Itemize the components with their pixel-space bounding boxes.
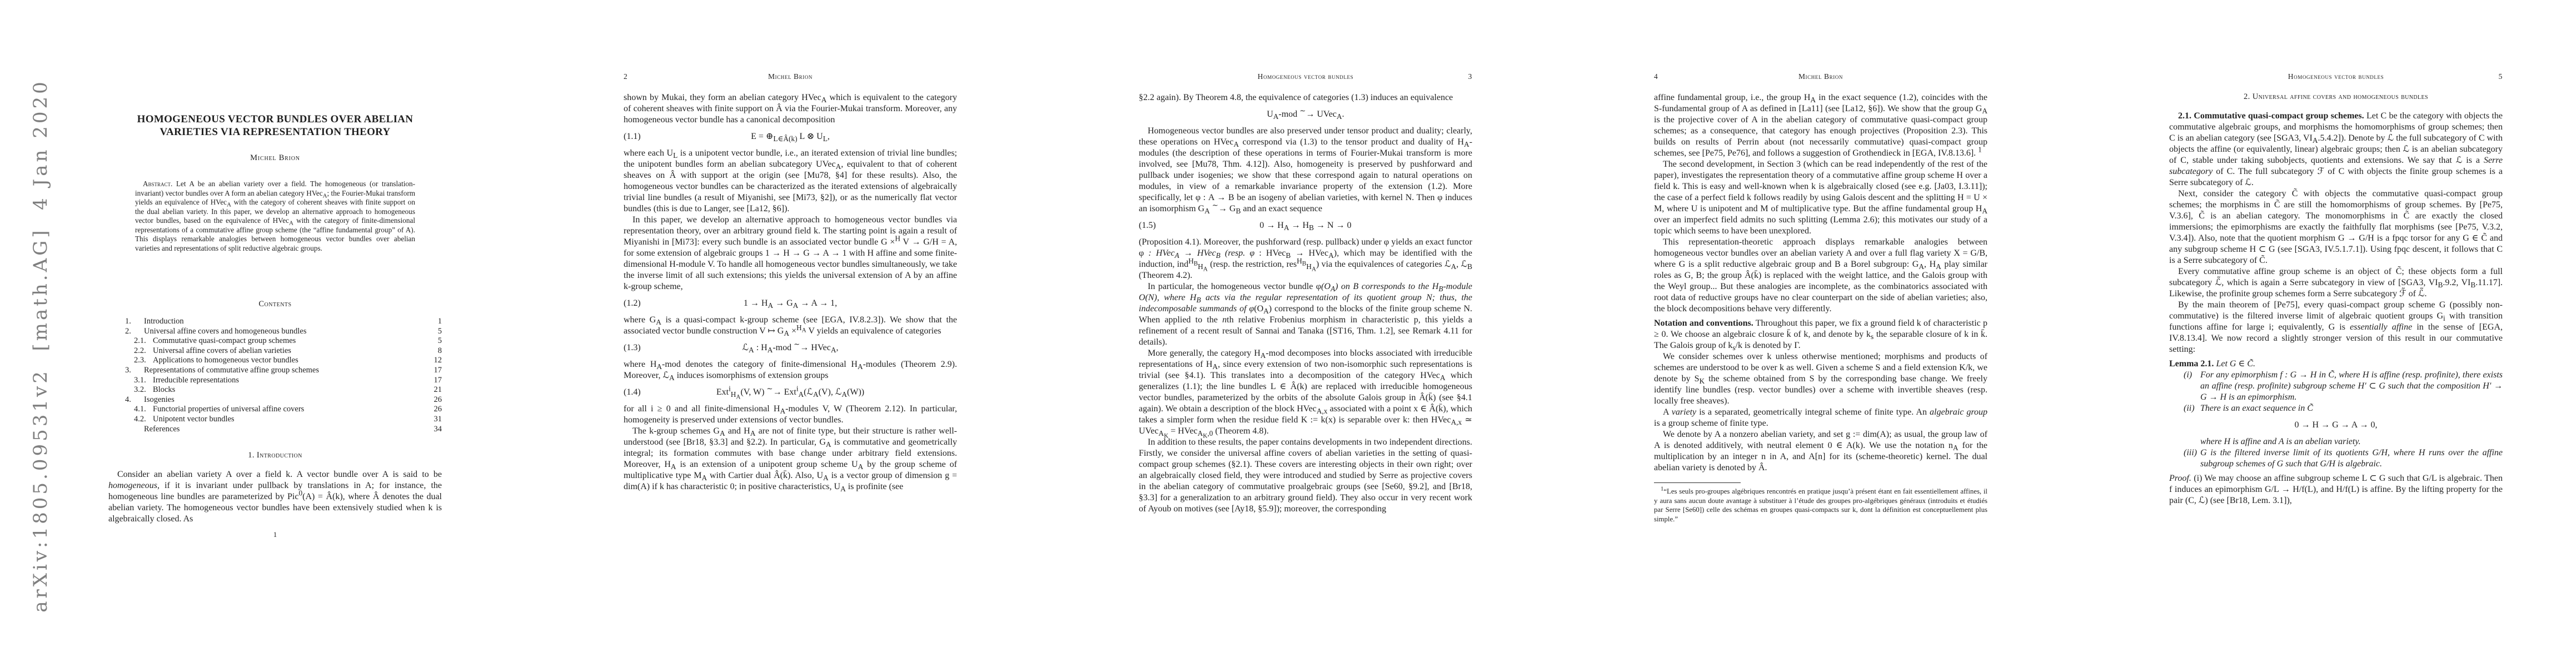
paragraph: We denote by A a nonzero abelian variety…	[1654, 429, 1987, 474]
toc-num: 3.2.	[134, 385, 146, 395]
toc-row: 2.3.Applications to homogeneous vector b…	[108, 356, 442, 366]
paragraph: The k-group schemes GA and HA are not of…	[624, 426, 957, 492]
page-header: Homogeneous vector bundles 3	[1139, 72, 1472, 81]
paragraph: This representation-theoretic approach d…	[1654, 237, 1987, 315]
toc-row: 4.2.Unipotent vector bundles31	[108, 415, 442, 425]
toc-row: References34	[108, 425, 442, 435]
intro-paragraph: Consider an abelian variety A over a fie…	[108, 469, 442, 525]
page-number-left: 2	[624, 72, 627, 81]
paragraph: We consider schemes over k unless otherw…	[1654, 351, 1987, 407]
paragraph: §2.2 again). By Theorem 4.8, the equival…	[1139, 92, 1472, 103]
list-item: (ii)There is an exact sequence in C̃	[2169, 403, 2503, 414]
toc-page: 12	[430, 356, 442, 366]
toc-row: 3.1.Irreducible representations17	[108, 376, 442, 386]
page-header: 2 Michel Brion	[624, 72, 957, 81]
toc-page: 26	[430, 395, 442, 405]
paragraph: In addition to these results, the paper …	[1139, 437, 1472, 515]
running-title: Homogeneous vector bundles	[1258, 72, 1353, 81]
paragraph: Every commutative affine group scheme is…	[2169, 266, 2503, 300]
running-title: Michel Brion	[1798, 72, 1843, 81]
equation-body: ℒA : HA-mod ∼→ HVecA,	[624, 342, 957, 354]
paragraph: affine fundamental group, i.e., the grou…	[1654, 92, 1987, 159]
toc-page: 5	[434, 327, 442, 337]
toc-page: 34	[430, 425, 442, 435]
equation-body: ExtiHA(V, W) ∼→ ExtiA(ℒA(V), ℒA(W))	[624, 387, 957, 398]
toc-page: 17	[430, 366, 442, 376]
page-4-column: 4 Michel Brion affine fundamental group,…	[1654, 72, 1987, 524]
equation-number: (1.1)	[624, 131, 641, 142]
item-text: where H is affine and A is an abelian va…	[2200, 437, 2361, 446]
toc-num: 3.1.	[134, 376, 146, 386]
page-number: 1	[108, 530, 442, 539]
toc-title: References	[144, 425, 180, 435]
equation-body: UA-mod ∼→ UVecA.	[1139, 109, 1472, 120]
toc-num: 2.	[125, 327, 131, 337]
paragraph: By the main theorem of [Pe75], every qua…	[2169, 300, 2503, 355]
proof-label: Proof.	[2169, 474, 2191, 483]
contents-heading: Contents	[108, 300, 442, 309]
running-title: Michel Brion	[768, 72, 813, 81]
proof: Proof. (i) We may choose an affine subgr…	[2169, 473, 2503, 506]
toc-num: 3.	[125, 366, 131, 376]
abstract-label: Abstract.	[143, 180, 172, 188]
list-item: where H is affine and A is an abelian va…	[2169, 436, 2503, 447]
subsection-lead: 2.1. Commutative quasi-compact group sch…	[2178, 111, 2364, 121]
toc-title: Commutative quasi-compact group schemes	[153, 336, 296, 346]
page-3: Homogeneous vector bundles 3 §2.2 again)…	[1030, 0, 1546, 667]
display-equation: (1.1)E = ⊕L∈Â(k) L ⊗ UL,	[624, 131, 957, 142]
notation-paragraph: Notation and conventions. Throughout thi…	[1654, 318, 1987, 351]
page-1: HOMOGENEOUS VECTOR BUNDLES OVER ABELIANV…	[0, 0, 515, 667]
toc-title: Representations of commutative affine gr…	[144, 366, 319, 376]
item-text: For any epimorphism f : G → H in C̃, whe…	[2200, 370, 2503, 402]
toc-title: Isogenies	[144, 395, 175, 405]
item-label: (ii)	[2184, 403, 2195, 414]
toc-row: 3.Representations of commutative affine …	[108, 366, 442, 376]
paragraph: (Proposition 4.1). Moreover, the pushfor…	[1139, 237, 1472, 281]
toc-page: 8	[434, 346, 442, 356]
toc-row: 2.1.Commutative quasi-compact group sche…	[108, 336, 442, 346]
proof-text: (i) We may choose an affine subgroup sch…	[2169, 474, 2503, 505]
toc-row: 4.1.Functorial properties of universal a…	[108, 405, 442, 415]
abstract-text: Let A be an abelian variety over a field…	[135, 180, 415, 252]
author: Michel Brion	[108, 153, 442, 163]
footnote-rule	[1654, 482, 1741, 483]
item-label: (i)	[2184, 370, 2192, 381]
page-2-column: 2 Michel Brion shown by Mukai, they form…	[624, 72, 957, 492]
paragraph: Next, consider the category C̃ with obje…	[2169, 188, 2503, 266]
toc-num: 2.3.	[134, 356, 146, 366]
toc-title: Universal affine covers and homogeneous …	[144, 327, 306, 337]
toc-row: 3.2.Blocks21	[108, 385, 442, 395]
page-number-right: 5	[2499, 72, 2503, 81]
display-equation: (1.2)1 → HA → GA → A → 1,	[624, 298, 957, 309]
equation-body: 1 → HA → GA → A → 1,	[624, 298, 957, 309]
toc-row: 1.Introduction1	[108, 317, 442, 327]
toc-title: Universal affine covers of abelian varie…	[153, 346, 291, 356]
toc-row: 2.Universal affine covers and homogeneou…	[108, 327, 442, 337]
toc-page: 31	[430, 415, 442, 425]
paragraph: In particular, the homogeneous vector bu…	[1139, 281, 1472, 348]
page-number-left: 4	[1654, 72, 1658, 81]
toc-page: 26	[430, 405, 442, 415]
page-1-column: HOMOGENEOUS VECTOR BUNDLES OVER ABELIANV…	[108, 0, 442, 539]
paragraph: for all i ≥ 0 and all finite-dimensional…	[624, 404, 957, 426]
equation-number: (1.3)	[624, 342, 641, 354]
toc-page: 1	[434, 317, 442, 327]
toc-title: Blocks	[153, 385, 175, 395]
page-3-column: Homogeneous vector bundles 3 §2.2 again)…	[1139, 72, 1472, 515]
toc-num: 2.2.	[134, 346, 146, 356]
subsection-paragraph: 2.1. Commutative quasi-compact group sch…	[2169, 111, 2503, 188]
running-title: Homogeneous vector bundles	[2288, 72, 2384, 81]
display-equation: (1.3)ℒA : HA-mod ∼→ HVecA,	[624, 342, 957, 354]
equation-body: E = ⊕L∈Â(k) L ⊗ UL,	[624, 131, 957, 142]
toc-num: 4.2.	[134, 415, 146, 425]
toc-title: Applications to homogeneous vector bundl…	[153, 356, 298, 366]
display-equation: 0 → H → G → A → 0,	[2169, 420, 2503, 431]
toc-num: 4.1.	[134, 405, 146, 415]
page-header: Homogeneous vector bundles 5	[2169, 72, 2503, 81]
toc-num: 4.	[125, 395, 131, 405]
display-equation: UA-mod ∼→ UVecA.	[1139, 109, 1472, 120]
toc-row: 2.2.Universal affine covers of abelian v…	[108, 346, 442, 356]
pdf-multipage-view: arXiv:1805.09531v2 [math.AG] 4 Jan 2020 …	[0, 0, 2576, 667]
paragraph: where GA is a quasi-compact k-group sche…	[624, 315, 957, 337]
paragraph: where each UL is a unipotent vector bund…	[624, 148, 957, 215]
paragraph-text: Let C be the category with objects the c…	[2169, 111, 2503, 187]
equation-body: 0 → HA → HB → N → 0	[1139, 220, 1472, 231]
toc-title: Unipotent vector bundles	[153, 415, 235, 425]
list-item: (i)For any epimorphism f : G → H in C̃, …	[2169, 370, 2503, 403]
item-label: (iii)	[2184, 447, 2197, 459]
toc-page: 17	[430, 376, 442, 386]
page-2: 2 Michel Brion shown by Mukai, they form…	[515, 0, 1030, 667]
equation-number: (1.2)	[624, 298, 641, 309]
equation-number: (1.5)	[1139, 220, 1156, 231]
table-of-contents: 1.Introduction1 2.Universal affine cover…	[108, 317, 442, 434]
section-heading: 1. Introduction	[108, 451, 442, 460]
toc-num: 1.	[125, 317, 131, 327]
page-4: 4 Michel Brion affine fundamental group,…	[1546, 0, 2061, 667]
toc-title: Introduction	[144, 317, 184, 327]
paragraph: More generally, the category HA-mod deco…	[1139, 348, 1472, 437]
toc-num: 2.1.	[134, 336, 146, 346]
subsection-lead: Notation and conventions.	[1654, 318, 1753, 328]
lemma-label: Lemma 2.1.	[2169, 359, 2214, 369]
toc-page: 21	[430, 385, 442, 395]
toc-row: 4.Isogenies26	[108, 395, 442, 405]
abstract: Abstract. Let A be an abelian variety ov…	[135, 180, 415, 253]
lemma: Lemma 2.1. Let G ∈ C̃.	[2169, 359, 2503, 370]
paragraph: The second development, in Section 3 (wh…	[1654, 159, 1987, 237]
page-number-right: 3	[1468, 72, 1472, 81]
toc-title: Functorial properties of universal affin…	[153, 405, 304, 415]
toc-page: 5	[434, 336, 442, 346]
paragraph: In this paper, we develop an alternative…	[624, 215, 957, 292]
display-equation: (1.5)0 → HA → HB → N → 0	[1139, 220, 1472, 231]
title-line-2: VARIETIES VIA REPRESENTATION THEORY	[160, 126, 390, 138]
paragraph: shown by Mukai, they form an abelian cat…	[624, 92, 957, 126]
footnote: 1“Les seuls pro-groupes algébriques renc…	[1654, 482, 1987, 524]
list-item: (iii)G is the filtered inverse limit of …	[2169, 447, 2503, 470]
paragraph: where HA-mod denotes the category of fin…	[624, 359, 957, 381]
equation-number: (1.4)	[624, 387, 641, 398]
toc-title: Irreducible representations	[153, 376, 239, 386]
item-text: There is an exact sequence in C̃	[2200, 404, 2313, 413]
equation-body: 0 → H → G → A → 0,	[2169, 420, 2503, 431]
page-header: 4 Michel Brion	[1654, 72, 1987, 81]
item-text: G is the filtered inverse limit of its q…	[2200, 448, 2503, 469]
footnote-text: 1“Les seuls pro-groupes algébriques renc…	[1654, 487, 1987, 524]
section-heading: 2. Universal affine covers and homogeneo…	[2169, 92, 2503, 102]
paragraph: A variety is a separated, geometrically …	[1654, 407, 1987, 429]
page-5-column: Homogeneous vector bundles 5 2. Universa…	[2169, 72, 2503, 506]
page-5: Homogeneous vector bundles 5 2. Universa…	[2061, 0, 2576, 667]
title-line-1: HOMOGENEOUS VECTOR BUNDLES OVER ABELIAN	[137, 113, 413, 125]
paragraph: Homogeneous vector bundles are also pres…	[1139, 126, 1472, 215]
lemma-text: Let G ∈ C̃.	[2216, 359, 2255, 369]
display-equation: (1.4)ExtiHA(V, W) ∼→ ExtiA(ℒA(V), ℒA(W))	[624, 387, 957, 398]
paper-title: HOMOGENEOUS VECTOR BUNDLES OVER ABELIANV…	[108, 113, 442, 138]
